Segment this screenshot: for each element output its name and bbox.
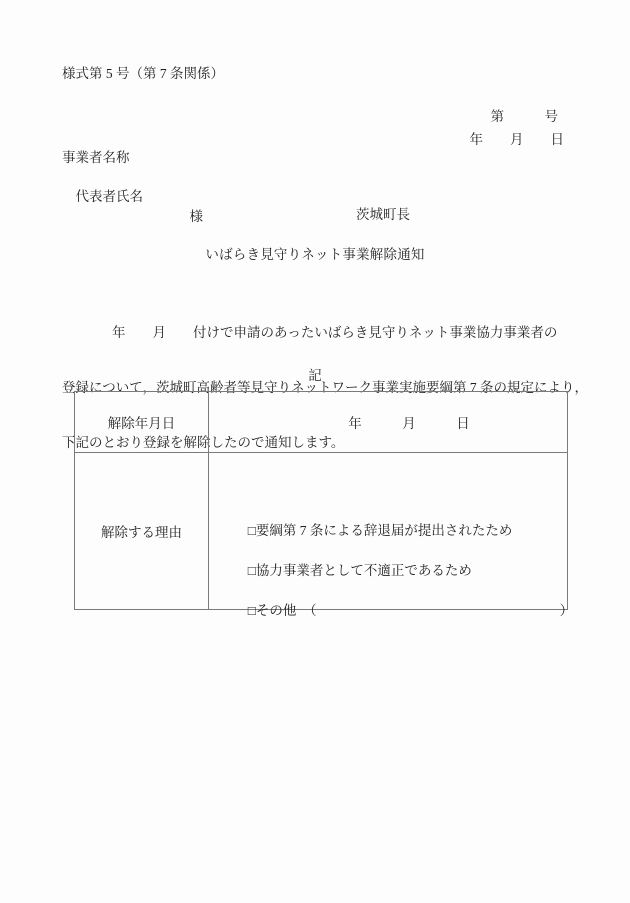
body-line: 年 月 付けで申請のあったいばらき見守りネット事業協力事業者の — [62, 321, 570, 344]
form-number-label: 様式第 5 号（第 7 条関係） — [62, 62, 224, 82]
sender-title: 茨城町長 — [356, 203, 410, 223]
cancellation-reason-row: 解除する理由 □要綱第 7 条による辞退届が提出されたため □協力事業者として不… — [75, 453, 568, 610]
reason-text: 協力事業者として不適正であるため — [256, 563, 472, 578]
document-title: いばらき見守りネット事業解除通知 — [0, 243, 630, 263]
cancellation-table: 解除年月日 年 月 日 解除する理由 □要綱第 7 条による辞退届が提出されたた… — [74, 391, 568, 610]
document-page: 様式第 5 号（第 7 条関係） 第 号 年 月 日 事業者名称 代表者氏名 様… — [0, 0, 630, 903]
record-mark: 記 — [0, 364, 630, 384]
checkbox-icon: □ — [248, 523, 256, 538]
representative-name-line: 代表者氏名 様 — [62, 169, 203, 241]
document-number-line: 第 号 — [491, 105, 559, 125]
cancellation-reason-label: 解除する理由 — [75, 453, 209, 610]
representative-name-label: 代表者氏名 — [76, 189, 144, 204]
cancellation-date-label: 解除年月日 — [75, 392, 209, 453]
honorific-label: 様 — [190, 209, 204, 224]
business-name-label: 事業者名称 — [62, 146, 130, 166]
cancellation-date-value: 年 月 日 — [209, 392, 568, 453]
checkbox-icon: □ — [248, 603, 256, 618]
reason-option: □要綱第 7 条による辞退届が提出されたため — [214, 471, 567, 511]
cancellation-date-row: 解除年月日 年 月 日 — [75, 392, 568, 453]
issue-date-line: 年 月 日 — [470, 128, 565, 148]
cancellation-reason-cell: □要綱第 7 条による辞退届が提出されたため □協力事業者として不適正であるため… — [209, 453, 568, 610]
reason-text: 要綱第 7 条による辞退届が提出されたため — [256, 523, 513, 538]
reason-text: その他 （ ） — [256, 603, 573, 618]
checkbox-icon: □ — [248, 563, 256, 578]
